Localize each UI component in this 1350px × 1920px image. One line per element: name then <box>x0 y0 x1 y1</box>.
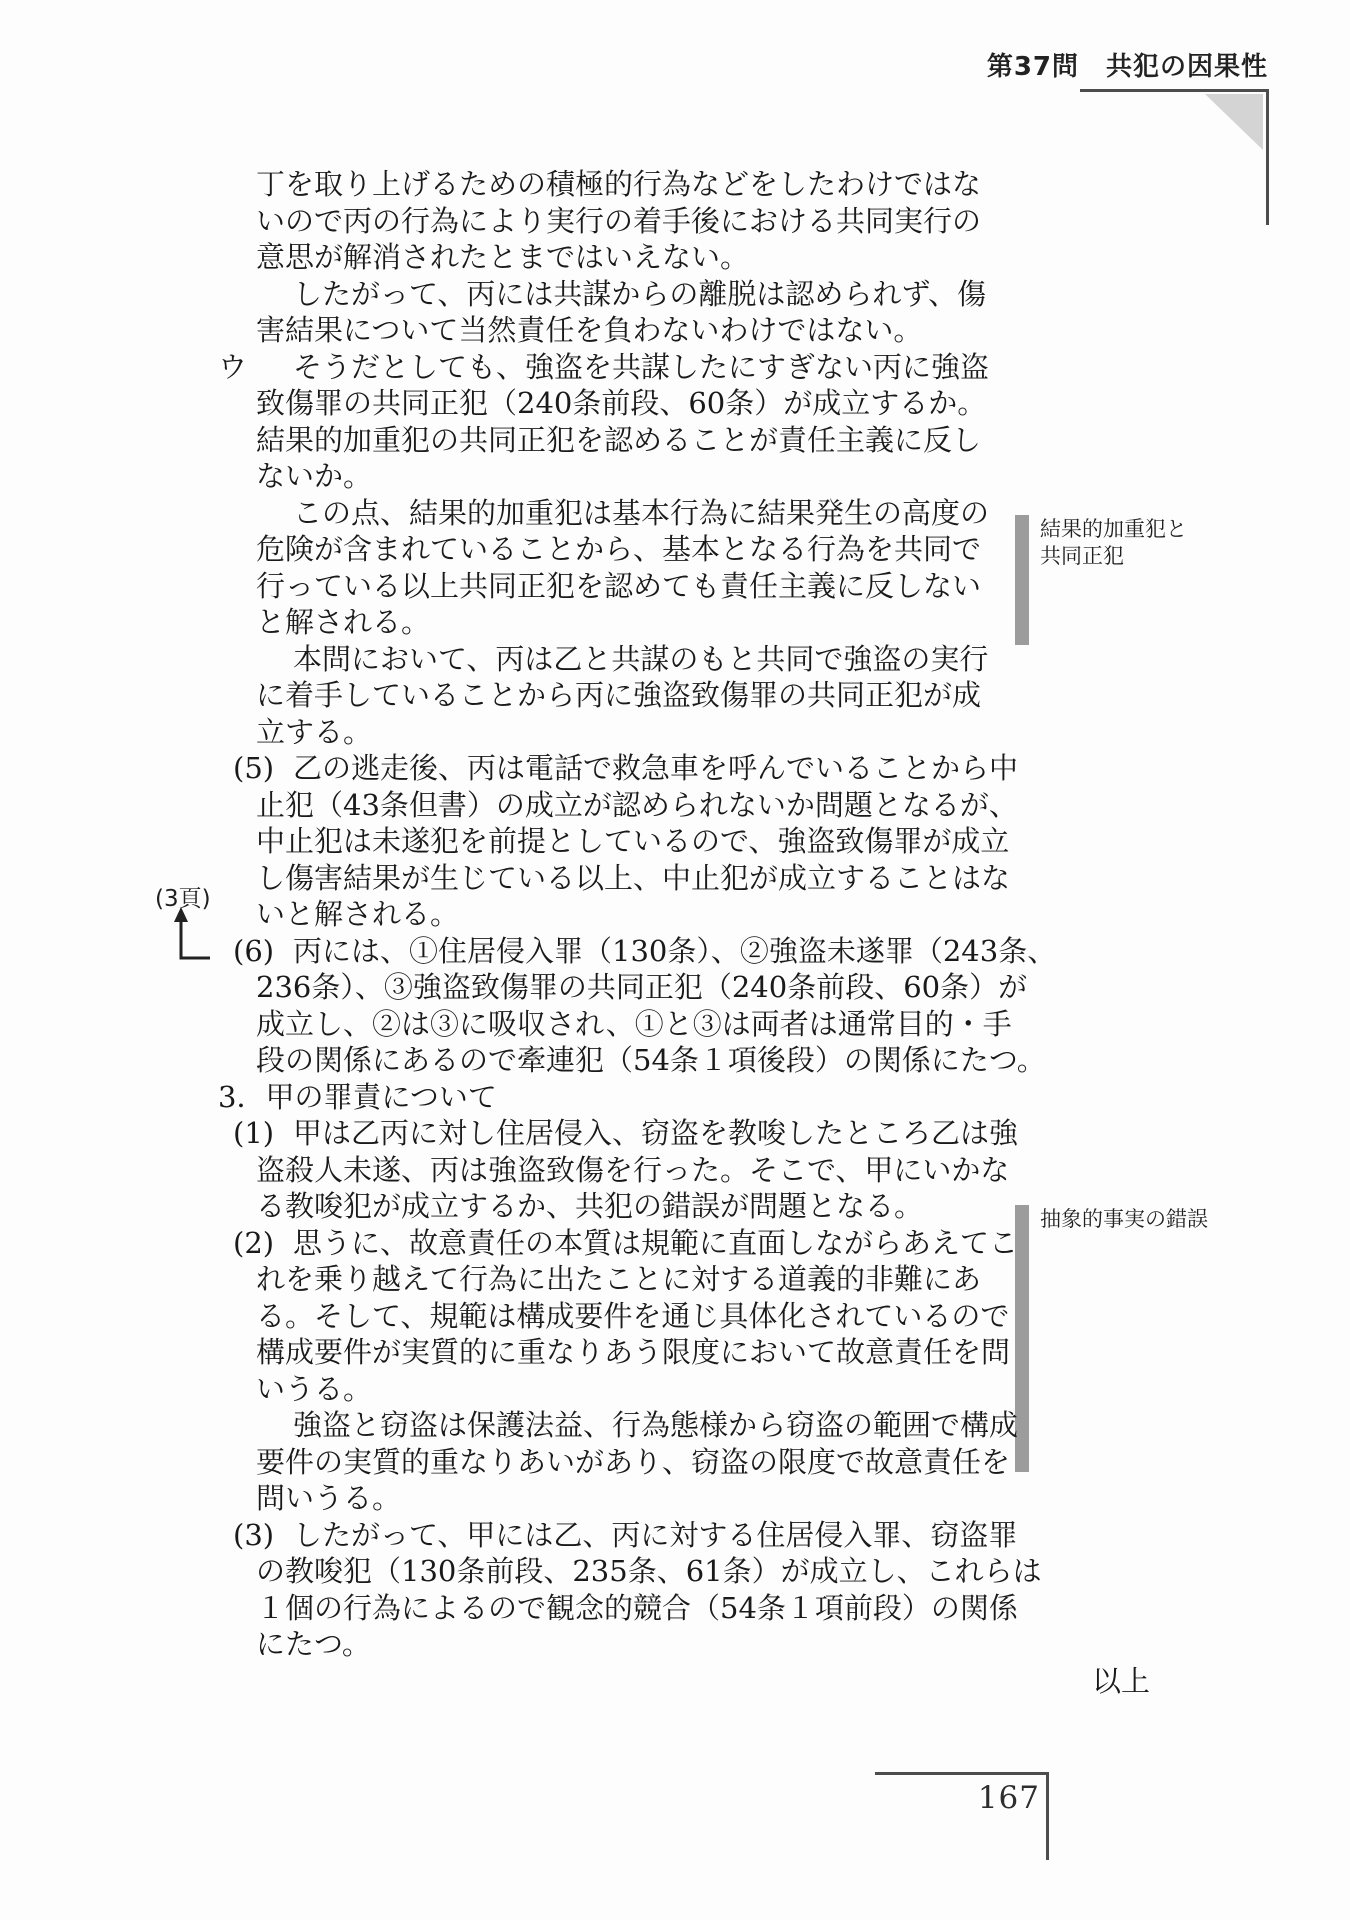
paragraph-text: 乙の逃走後、丙は電話で救急車を呼んでいることから中 止犯（43条但書）の成立が認… <box>256 751 1018 931</box>
paragraph-text: 思うに、故意責任の本質は規範に直面しながらあえてこ れを乗り越えて行為に出たこと… <box>256 1226 1018 1406</box>
header-rule-horizontal <box>1080 89 1268 92</box>
answer-paragraph: したがって、丙には共謀からの離脱は認められず、傷 害結果について当然責任を負わな… <box>256 276 1350 349</box>
answer-paragraph: (1)甲は乙丙に対し住居侵入、窃盗を教唆したところ乙は強 盗殺人未遂、丙は強盗致… <box>256 1115 1350 1225</box>
page-number: 167 <box>940 1780 1040 1816</box>
list-marker: (2) <box>233 1225 274 1262</box>
paragraph-text: 甲は乙丙に対し住居侵入、窃盗を教唆したところ乙は強 盗殺人未遂、丙は強盗致傷を行… <box>256 1116 1018 1223</box>
answer-paragraph: 丁を取り上げるための積極的行為などをしたわけではな いので丙の行為により実行の着… <box>256 166 1350 276</box>
answer-paragraph: (6)丙には、①住居侵入罪（130条）、②強盗未遂罪（243条、 236条）、③… <box>256 933 1350 1079</box>
footer-rule-vertical <box>1046 1772 1049 1860</box>
answer-paragraph: ウそうだとしても、強盗を共謀したにすぎない丙に強盗 致傷罪の共同正犯（240条前… <box>256 349 1350 495</box>
answer-paragraph: 強盗と窃盗は保護法益、行為態様から窃盗の範囲で構成 要件の実質的重なりあいがあり… <box>256 1407 1350 1517</box>
list-marker: ウ <box>218 349 247 386</box>
list-marker: (5) <box>233 750 274 787</box>
answer-paragraph: (3)したがって、甲には乙、丙に対する住居侵入罪、窃盗罪 の教唆犯（130条前段… <box>256 1517 1350 1663</box>
paragraph-text: 丙には、①住居侵入罪（130条）、②強盗未遂罪（243条、 236条）、③強盗致… <box>256 934 1056 1078</box>
list-marker: (3) <box>233 1517 274 1554</box>
section-heading: 3．甲の罪責について <box>218 1079 1350 1116</box>
answer-paragraph: この点、結果的加重犯は基本行為に結果発生の高度の 危険が含まれていることから、基… <box>256 495 1350 641</box>
paragraph-text: そうだとしても、強盗を共謀したにすぎない丙に強盗 致傷罪の共同正犯（240条前段… <box>256 350 989 494</box>
list-marker: (1) <box>233 1115 274 1152</box>
answer-paragraph: (2)思うに、故意責任の本質は規範に直面しながらあえてこ れを乗り越えて行為に出… <box>256 1225 1350 1408</box>
footer-rule-horizontal <box>875 1772 1047 1775</box>
closing-label: 以上 <box>256 1663 1350 1700</box>
book-page: 第37問 共犯の因果性 (3頁) 結果的加重犯と 共同正犯 抽象的事実の錯誤 丁… <box>0 0 1350 1920</box>
page-header-title: 第37問 共犯の因果性 <box>987 46 1268 83</box>
answer-paragraph: (5)乙の逃走後、丙は電話で救急車を呼んでいることから中 止犯（43条但書）の成… <box>256 750 1350 933</box>
paragraph-text: したがって、甲には乙、丙に対する住居侵入罪、窃盗罪 の教唆犯（130条前段、23… <box>256 1518 1042 1662</box>
answer-paragraph: 本問において、丙は乙と共謀のもと共同で強盗の実行 に着手していることから丙に強盗… <box>256 641 1350 751</box>
corner-fold-decoration <box>1205 94 1263 150</box>
list-marker: (6) <box>233 933 274 970</box>
answer-text-column: 丁を取り上げるための積極的行為などをしたわけではな いので丙の行為により実行の着… <box>0 166 1350 1699</box>
